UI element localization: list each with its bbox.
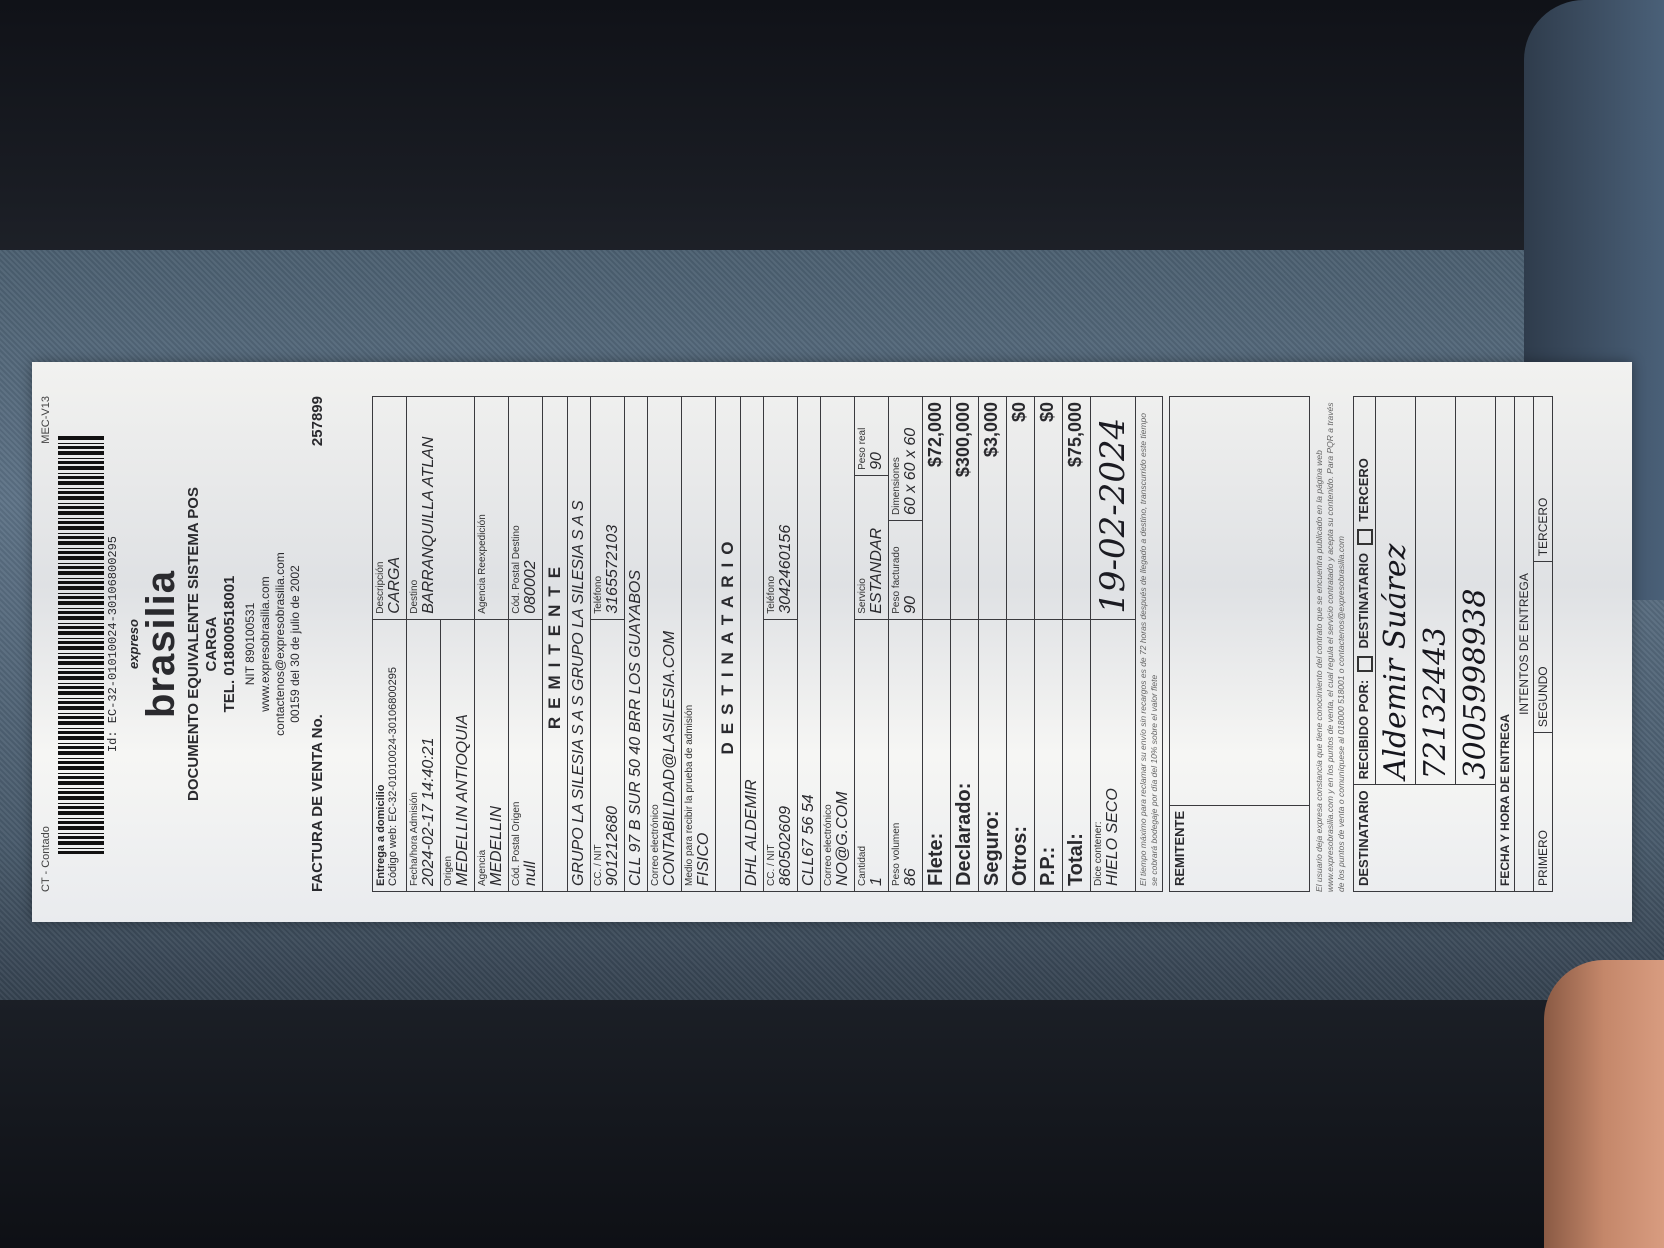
total-value: $75,000 bbox=[1063, 397, 1091, 620]
sender-name: GRUPO LA SILESIA S A S GRUPO LA SILESIA … bbox=[570, 402, 588, 886]
postal-origin: null bbox=[522, 625, 540, 886]
background-floor bbox=[0, 1000, 1664, 1248]
invoice-number: 257899 bbox=[309, 396, 326, 446]
charge-row: Total:$75,000 bbox=[1063, 397, 1091, 892]
document-title: DOCUMENTO EQUIVALENTE SISTEMA POS CARGA … bbox=[185, 396, 239, 892]
service: ESTANDAR bbox=[868, 481, 886, 614]
shipment-table: Entrega a domicilio Código web: EC-32-01… bbox=[372, 396, 1163, 892]
attempt-first: PRIMERO bbox=[1534, 733, 1552, 891]
proof-method: FISICO bbox=[695, 402, 713, 886]
brand-logo: expreso brasilia bbox=[126, 396, 181, 892]
sender-address: CLL 97 B SUR 50 40 BRR LOS GUAYABOS bbox=[627, 402, 645, 886]
charge-row: Flete:$72,000 bbox=[923, 397, 951, 892]
billed-weight: 90 bbox=[902, 526, 920, 614]
freight-value: $72,000 bbox=[923, 397, 951, 620]
origin: MEDELLIN ANTIOQUIA bbox=[454, 625, 472, 886]
hand bbox=[1544, 960, 1664, 1248]
pp-value: $0 bbox=[1035, 397, 1063, 620]
description: CARGA bbox=[386, 402, 404, 614]
company-info: NIT 890100531 www.expresobrasilia.com co… bbox=[243, 396, 303, 892]
terms-notice: El usuario deja expresa constancia que t… bbox=[1314, 396, 1347, 892]
attempt-third: TERCERO bbox=[1534, 397, 1552, 562]
checkbox-tercero[interactable] bbox=[1357, 529, 1373, 545]
web-code: EC-32-01010024-30106800295 bbox=[387, 667, 399, 822]
recipient-address: CLL67 56 54 bbox=[800, 402, 818, 886]
destination: BARRANQUILLA ATLAN bbox=[420, 402, 438, 614]
form-code: MEC-V13 bbox=[40, 396, 52, 444]
handwritten-phone: 3005998938 bbox=[1455, 397, 1495, 785]
postal-destination: 080002 bbox=[522, 402, 540, 614]
handwritten-id: 72132443 bbox=[1415, 397, 1455, 785]
recipient-email: NO@G.COM bbox=[834, 402, 852, 886]
volume-weight: 86 bbox=[902, 625, 920, 886]
delivery-type: Entrega a domicilio bbox=[375, 785, 387, 886]
handwritten-name: Aldemir Suárez bbox=[1375, 397, 1415, 785]
receipt-header: CT - Contado MEC-V13 Id: EC-32-01010024-… bbox=[32, 396, 372, 892]
checkbox-destinatario[interactable] bbox=[1357, 656, 1373, 672]
barcode bbox=[58, 434, 104, 854]
sender-id: 901212680 bbox=[604, 625, 622, 886]
sender-signature-box: REMITENTE bbox=[1169, 396, 1310, 892]
contents: HIELO SECO bbox=[1104, 625, 1122, 886]
charge-row: Declarado:$300,000 bbox=[951, 397, 979, 892]
charge-row: P.P.:$0 bbox=[1035, 397, 1063, 892]
quantity: 1 bbox=[868, 625, 886, 886]
shipping-receipt: CT - Contado MEC-V13 Id: EC-32-01010024-… bbox=[32, 362, 1632, 922]
sender-email: CONTABILIDAD@LASILESIA.COM bbox=[661, 402, 679, 886]
declared-value: $300,000 bbox=[951, 397, 979, 620]
dimensions: 60 x 60 x 60 bbox=[902, 402, 920, 515]
agency: MEDELLIN bbox=[488, 625, 506, 886]
invoice-number-row: FACTURA DE VENTA No. 257899 bbox=[309, 396, 326, 892]
handwritten-date: 19-02-2024 bbox=[1091, 397, 1136, 620]
payment-type: CT - Contado bbox=[40, 826, 52, 892]
admission-date: 2024-02-17 14:40:21 bbox=[420, 625, 438, 886]
section-remitente: REMITENTE bbox=[543, 397, 568, 892]
charge-row: Seguro:$3,000 bbox=[979, 397, 1007, 892]
delivery-receipt-box: DESTINATARIO RECIBIDO POR: DESTINATARIO … bbox=[1353, 396, 1553, 892]
section-destinatario: DESTINATARIO bbox=[716, 397, 741, 892]
charge-row: Otros:$0 bbox=[1007, 397, 1035, 892]
insurance-value: $3,000 bbox=[979, 397, 1007, 620]
recipient-id: 860502609 bbox=[777, 625, 795, 886]
recipient-phone: 3042460156 bbox=[777, 402, 795, 614]
barcode-id: Id: EC-32-01010024-30106800295 bbox=[106, 396, 120, 892]
sender-phone: 3165572103 bbox=[604, 402, 622, 614]
attempt-second: SEGUNDO bbox=[1534, 562, 1552, 733]
delivery-datetime-label: FECHA Y HORA DE ENTREGA bbox=[1495, 397, 1514, 892]
recipient-name: DHL ALDEMIR bbox=[743, 402, 761, 886]
other-value: $0 bbox=[1007, 397, 1035, 620]
delivery-attempts-label: INTENTOS DE ENTREGA bbox=[1514, 397, 1533, 892]
real-weight: 90 bbox=[868, 402, 886, 470]
claim-notice: El tiempo máximo para reclamar su envío … bbox=[1136, 397, 1163, 892]
